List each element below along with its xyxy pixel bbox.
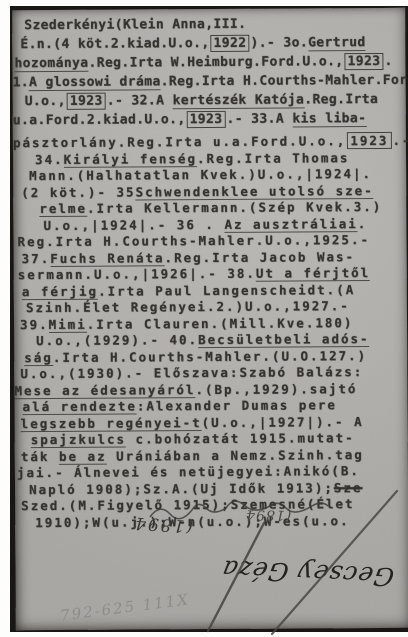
- text-segment: .Reg.Irta H.Courths-Mahler.Ford: [161, 73, 408, 90]
- text-segment: .: [384, 54, 392, 69]
- underlined-title: Mese az édesanyáról: [14, 382, 195, 399]
- text-segment: Szed.(M.Figyelő 1915);Szemesné(Élet: [21, 496, 354, 513]
- scanned-page: { "page": { "width": 408, "height": 637,…: [0, 0, 408, 637]
- underlined-title: Az ausztráliai: [224, 216, 357, 233]
- handwritten-year-annotation-2: (1894: [245, 506, 291, 523]
- typed-line: Szederkényi(Klein Anna,III.: [12, 14, 405, 35]
- text-segment: .Irta H.Courths-Mahler.(U.O.127.): [53, 348, 367, 365]
- text-segment: jai.- Álnevei és netüjegyei:Anikó(B.: [17, 463, 360, 480]
- boxed-year: 1922: [210, 35, 249, 52]
- text-segment: ták: [21, 448, 59, 463]
- text-segment: ).- 3o.: [250, 35, 308, 50]
- text-segment: U.o.,|1924|.- 36 .: [43, 216, 224, 232]
- text-segment: .Reg.Irta Jacob Was-: [164, 249, 355, 265]
- underlined-title: Ut a férjtől: [256, 265, 370, 282]
- text-segment: 37.: [22, 250, 51, 265]
- typed-line: 1910);W(u.j.);W-n(u.o.);W-es(u.o.: [15, 512, 408, 531]
- text-segment: Szinh.Élet Regényei.2.)U.o.,1927.-: [26, 298, 350, 315]
- typed-line: Mann.(Halhatatlan Kvek.)U.o.,|1924|.: [13, 166, 406, 185]
- photo-frame: Szederkényi(Klein Anna,III.É.n.(4 köt.2.…: [10, 6, 408, 632]
- text-segment: c.bohózatát 1915.mutat-: [126, 430, 355, 446]
- text-segment: (2 köt.)- 35: [21, 184, 135, 200]
- underlined-title: Fuchs Renáta: [50, 250, 164, 267]
- text-segment: É.n.(4 köt.2.kiad.U.o.,: [20, 36, 209, 52]
- catalog-card: Szederkényi(Klein Anna,III.É.n.(4 köt.2.…: [12, 8, 408, 630]
- underlined-title: be az: [59, 448, 107, 464]
- typed-line: relme.Irta Kellermann.(Szép Kvek.3.): [13, 199, 406, 218]
- text-segment: u.a.Ford.2.kiad.U.o.,: [13, 112, 186, 128]
- text-segment: .: [358, 216, 368, 231]
- struck-text: Sze: [334, 480, 363, 495]
- text-segment: pásztorlány.Reg.Irta u.a.Ford.U.o.,: [13, 133, 346, 150]
- text-segment: .(Bp.,1929).sajtó: [195, 381, 357, 397]
- typed-line: Mese az édesanyáról.(Bp.,1929).sajtó: [14, 380, 407, 399]
- typed-line: É.n.(4 köt.2.kiad.U.o.,1922).- 3o.Gertru…: [12, 33, 405, 54]
- typed-text: Szederkényi(Klein Anna,III.É.n.(4 köt.2.…: [12, 8, 408, 531]
- underlined-title: Gertrud: [308, 35, 366, 51]
- underlined-title: alá rendezte: [22, 398, 136, 415]
- text-segment: Szederkényi(Klein Anna,III.: [24, 17, 246, 33]
- boxed-year: 1923: [186, 111, 225, 128]
- text-segment: Reg.Irta H.Courths-Mahler.U.o.,1925.-: [17, 232, 370, 249]
- text-segment: .Reg.Irta Thomas: [197, 150, 350, 166]
- underlined-title: kis liba-: [292, 111, 366, 127]
- boxed-year: 1923: [347, 132, 391, 149]
- underlined-title: Mimi: [49, 316, 87, 332]
- text-segment: .-: [392, 133, 408, 148]
- underlined-title: a férjig: [22, 283, 98, 299]
- boxed-year: 1923: [344, 53, 383, 70]
- text-segment: sermann.U.o.,|1926|.- 38.: [18, 266, 256, 282]
- underlined-title: relme: [39, 201, 87, 217]
- text-segment: Napló 1908);Sz.A.(Uj Idők 1913);: [29, 480, 334, 497]
- typed-line: U.o.,1923.- 32.A kertészék Katója.Reg.Ir…: [13, 90, 406, 111]
- text-segment: .Irta Clauren.(Mill.Kve.180): [87, 315, 354, 332]
- text-segment: Mann.(Halhatatlan Kvek.)U.o.,|1924|.: [29, 166, 372, 183]
- typed-line: 1.A glossowi dráma.Reg.Irta H.Courths-Ma…: [12, 71, 405, 92]
- boxed-year: 1923: [67, 93, 106, 110]
- underlined-title: A glossowi dráma: [29, 74, 161, 91]
- text-segment: (U.o.,|1927|).- A: [202, 414, 364, 430]
- underlined-title: Királyi fenség: [64, 151, 197, 168]
- text-segment: U.o.,: [25, 94, 66, 109]
- typed-line: hozománya.Reg.Irta W.Heimburg.Ford.U.o.,…: [12, 52, 405, 73]
- text-segment: .Irta Paul Langenscheidt.(A: [98, 282, 355, 299]
- text-segment: .- 32.A: [107, 93, 173, 108]
- handwritten-year-annotation: (1894: [133, 512, 194, 536]
- text-segment: 1.: [13, 75, 30, 90]
- underlined-title: legszebb regényei-t: [21, 415, 202, 432]
- text-segment: Urániában a Nemz.Szinh.tag: [107, 447, 364, 464]
- text-segment: 39.: [20, 316, 49, 331]
- text-segment: 34.: [35, 151, 64, 166]
- text-segment: .Reg.Irta: [304, 92, 378, 107]
- underlined-title: Becsületbeli adós-: [198, 331, 370, 348]
- underlined-title: kertészék Katója: [173, 92, 305, 109]
- handwritten-signature-upside-down: Gecsey Géza: [219, 555, 397, 592]
- underlined-title: hozománya: [14, 56, 88, 72]
- underlined-title: ság: [24, 349, 53, 365]
- underlined-title: spajzkulcs: [31, 432, 126, 449]
- text-segment: :Alexander Dumas pere: [137, 397, 337, 413]
- text-segment: U.o.,(1930).- Előszava:Szabó Balázs:: [20, 364, 363, 381]
- text-segment: .- 33.A: [226, 111, 292, 126]
- text-segment: .Irta Kellermann.(Szép Kvek.3.): [87, 199, 382, 216]
- underlined-title: Schwendenklee utolsó sze-: [135, 183, 373, 200]
- handwritten-corner-code: 792-625 111X: [59, 590, 191, 625]
- text-segment: .Reg.Irta W.Heimburg.Ford.U.o.,: [88, 54, 343, 71]
- text-segment: U.o.,(1929).- 40.: [36, 332, 198, 348]
- typed-line: u.a.Ford.2.kiad.U.o.,1923.- 33.A kis lib…: [13, 109, 406, 130]
